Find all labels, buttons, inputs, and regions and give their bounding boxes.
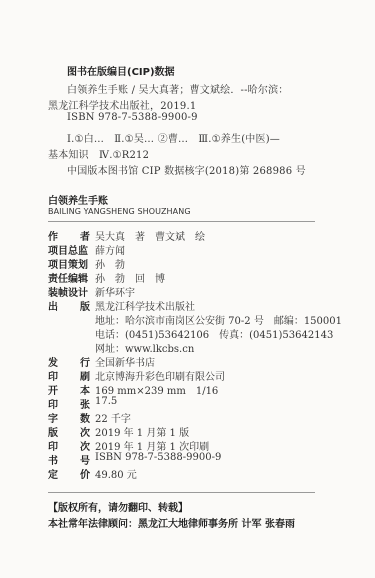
credit-label: 作者 xyxy=(48,228,90,243)
cip-line-2: 黑龙江科学技术出版社，2019.1 xyxy=(48,97,196,112)
credit-value: 2019 年 1 月第 1 版 xyxy=(95,424,189,439)
book-title: 白领养生手账 xyxy=(48,192,108,207)
credit-label-part: 项目策划 xyxy=(48,256,88,271)
cip-classification-2: 基本知识 Ⅳ.①R212 xyxy=(48,146,149,161)
credit-label-part: 印 xyxy=(48,368,58,383)
credit-value: 薛方闻 xyxy=(95,242,125,257)
credit-value: 网址：www.lkcbs.cn xyxy=(95,340,194,355)
credit-value: 电话：(0451)53642106 传真：(0451)53642143 xyxy=(95,326,333,341)
credit-value: 吴大真 著 曹文斌 绘 xyxy=(95,228,205,243)
divider-top xyxy=(48,221,315,222)
credit-label: 发行 xyxy=(48,354,90,369)
credit-value: 全国新华书店 xyxy=(95,354,155,369)
credit-label-part: 价 xyxy=(80,466,90,481)
credit-label: 开本 xyxy=(48,382,90,397)
cip-isbn: ISBN 978-7-5388-9900-9 xyxy=(67,112,198,123)
credit-value: 49.80 元 xyxy=(95,466,137,481)
book-title-pinyin: BAILING YANGSHENG SHOUZHANG xyxy=(48,207,191,216)
credit-value: ISBN 978-7-5388-9900-9 xyxy=(95,452,221,463)
credit-label: 印次 xyxy=(48,438,90,453)
credit-value: 地址：哈尔滨市南岗区公安街 70-2 号 邮编：150001 xyxy=(95,312,342,327)
credit-label-part: 版 xyxy=(48,424,58,439)
credit-label-part: 定 xyxy=(48,466,58,481)
credit-value: 22 千字 xyxy=(95,410,131,425)
credit-label: 责任编辑 xyxy=(48,270,90,285)
credit-label: 定价 xyxy=(48,466,90,481)
credit-value: 新华环宇 xyxy=(95,284,135,299)
credit-label-part: 行 xyxy=(80,354,90,369)
cip-classification-1: Ⅰ.①白… Ⅱ.①吴… ②曹… Ⅲ.①养生(中医)— xyxy=(67,130,280,145)
credit-label-part: 刷 xyxy=(80,368,90,383)
copyright-page: 图书在版编目(CIP)数据 白领养生手账 / 吴大真著；曹文斌绘．--哈尔滨： … xyxy=(0,0,375,578)
copyright-notice: 【版权所有，请勿翻印、转载】 xyxy=(48,499,188,514)
credit-value: 169 mm×239 mm 1/16 xyxy=(95,382,218,397)
credit-label-part: 发 xyxy=(48,354,58,369)
credit-value: 17.5 xyxy=(95,396,117,407)
credit-label-part: 张 xyxy=(80,396,90,411)
credit-label: 装帧设计 xyxy=(48,284,90,299)
credit-value: 北京博海升彩色印刷有限公司 xyxy=(95,368,225,383)
credit-label-part: 本 xyxy=(80,382,90,397)
credit-label-part: 书 xyxy=(48,452,58,467)
cip-catalog-number: 中国版本图书馆 CIP 数据核字(2018)第 268986 号 xyxy=(67,162,306,177)
credit-label-part: 开 xyxy=(48,382,58,397)
credit-label: 版次 xyxy=(48,424,90,439)
cip-line-1: 白领养生手账 / 吴大真著；曹文斌绘．--哈尔滨： xyxy=(67,81,288,96)
credit-value: 孙 勃 xyxy=(95,256,125,271)
credit-value: 2019 年 1 月第 1 次印刷 xyxy=(95,438,209,453)
credit-label-part: 印 xyxy=(48,438,58,453)
credit-label-part: 版 xyxy=(80,298,90,313)
credit-value: 黑龙江科学技术出版社 xyxy=(95,298,195,313)
credit-label-part: 项目总监 xyxy=(48,242,88,257)
credit-label: 项目总监 xyxy=(48,242,90,257)
legal-counsel: 本社常年法律顾问：黑龙江大地律师事务所 计军 张春雨 xyxy=(48,515,295,530)
credit-label-part: 出 xyxy=(48,298,58,313)
divider-bottom xyxy=(48,492,315,493)
credit-label-part: 责任编辑 xyxy=(48,270,88,285)
credit-label: 印张 xyxy=(48,396,90,411)
credit-label: 出版 xyxy=(48,298,90,313)
credit-label-part: 装帧设计 xyxy=(48,284,88,299)
credit-label-part: 号 xyxy=(80,452,90,467)
credit-label-part: 者 xyxy=(80,228,90,243)
cip-heading: 图书在版编目(CIP)数据 xyxy=(67,63,175,78)
credit-label: 项目策划 xyxy=(48,256,90,271)
credit-label-part: 数 xyxy=(80,410,90,425)
credit-label-part: 字 xyxy=(48,410,58,425)
credit-label: 字数 xyxy=(48,410,90,425)
credit-label: 印刷 xyxy=(48,368,90,383)
credit-label-part: 次 xyxy=(80,438,90,453)
credit-value: 孙 勃 回 博 xyxy=(95,270,165,285)
credit-label-part: 印 xyxy=(48,396,58,411)
credit-label-part: 作 xyxy=(48,228,58,243)
credit-label-part: 次 xyxy=(80,424,90,439)
credit-label: 书号 xyxy=(48,452,90,467)
